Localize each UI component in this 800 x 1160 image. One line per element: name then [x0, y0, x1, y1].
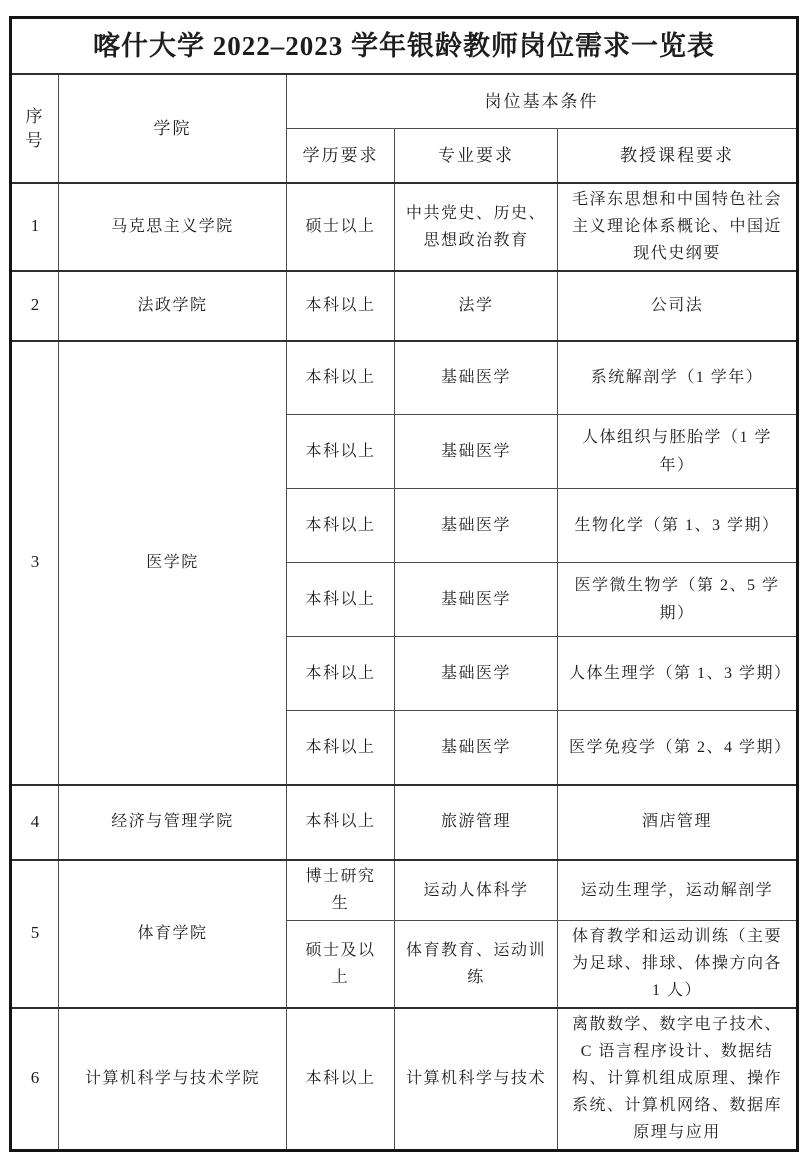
column-header-major: 专业要求 [395, 129, 558, 184]
major-cell: 旅游管理 [395, 785, 558, 860]
major-cell: 基础医学 [395, 489, 558, 563]
column-header-courses: 教授课程要求 [558, 129, 798, 184]
row-number-cell: 5 [11, 860, 59, 1008]
major-cell: 运动人体科学 [395, 860, 558, 921]
table-row: 3医学院本科以上基础医学系统解剖学（1 学年） [11, 341, 798, 415]
courses-cell: 医学免疫学（第 2、4 学期） [558, 711, 798, 785]
major-cell: 基础医学 [395, 341, 558, 415]
row-number-cell: 3 [11, 341, 59, 785]
column-header-college: 学院 [59, 74, 287, 183]
college-cell: 计算机科学与技术学院 [59, 1008, 287, 1150]
courses-cell: 系统解剖学（1 学年） [558, 341, 798, 415]
major-cell: 基础医学 [395, 637, 558, 711]
degree-cell: 本科以上 [287, 271, 395, 341]
table-row: 6计算机科学与技术学院本科以上计算机科学与技术离散数学、数字电子技术、C 语言程… [11, 1008, 798, 1150]
row-number-cell: 1 [11, 183, 59, 271]
major-cell: 体育教育、运动训练 [395, 921, 558, 1008]
degree-cell: 本科以上 [287, 563, 395, 637]
major-cell: 基础医学 [395, 415, 558, 489]
courses-cell: 生物化学（第 1、3 学期） [558, 489, 798, 563]
degree-cell: 本科以上 [287, 1008, 395, 1150]
position-requirements-table: 喀什大学 2022–2023 学年银龄教师岗位需求一览表 序号 学院 岗位基本条… [9, 16, 799, 1152]
degree-cell: 本科以上 [287, 711, 395, 785]
college-cell: 医学院 [59, 341, 287, 785]
table-row: 5体育学院博士研究生运动人体科学运动生理学，运动解剖学 [11, 860, 798, 921]
courses-cell: 运动生理学，运动解剖学 [558, 860, 798, 921]
courses-cell: 酒店管理 [558, 785, 798, 860]
courses-cell: 离散数学、数字电子技术、C 语言程序设计、数据结构、计算机组成原理、操作系统、计… [558, 1008, 798, 1150]
degree-cell: 博士研究生 [287, 860, 395, 921]
table-row: 2法政学院本科以上法学公司法 [11, 271, 798, 341]
table-row: 1马克思主义学院硕士以上中共党史、历史、思想政治教育毛泽东思想和中国特色社会主义… [11, 183, 798, 271]
college-cell: 法政学院 [59, 271, 287, 341]
courses-cell: 医学微生物学（第 2、5 学期） [558, 563, 798, 637]
college-cell: 经济与管理学院 [59, 785, 287, 860]
document-page: 喀什大学 2022–2023 学年银龄教师岗位需求一览表 序号 学院 岗位基本条… [9, 16, 799, 1152]
major-cell: 基础医学 [395, 563, 558, 637]
degree-cell: 本科以上 [287, 489, 395, 563]
courses-cell: 毛泽东思想和中国特色社会主义理论体系概论、中国近现代史纲要 [558, 183, 798, 271]
row-number-cell: 2 [11, 271, 59, 341]
column-header-no: 序号 [11, 74, 59, 183]
major-cell: 计算机科学与技术 [395, 1008, 558, 1150]
table-row: 4经济与管理学院本科以上旅游管理酒店管理 [11, 785, 798, 860]
courses-cell: 人体生理学（第 1、3 学期） [558, 637, 798, 711]
major-cell: 基础医学 [395, 711, 558, 785]
courses-cell: 公司法 [558, 271, 798, 341]
degree-cell: 本科以上 [287, 785, 395, 860]
column-header-degree: 学历要求 [287, 129, 395, 184]
major-cell: 法学 [395, 271, 558, 341]
courses-cell: 人体组织与胚胎学（1 学年） [558, 415, 798, 489]
degree-cell: 本科以上 [287, 415, 395, 489]
college-cell: 体育学院 [59, 860, 287, 1008]
courses-cell: 体育教学和运动训练（主要为足球、排球、体操方向各 1 人） [558, 921, 798, 1008]
degree-cell: 本科以上 [287, 341, 395, 415]
column-header-conditions: 岗位基本条件 [287, 74, 798, 129]
degree-cell: 硕士以上 [287, 183, 395, 271]
college-cell: 马克思主义学院 [59, 183, 287, 271]
degree-cell: 硕士及以上 [287, 921, 395, 1008]
major-cell: 中共党史、历史、思想政治教育 [395, 183, 558, 271]
row-number-cell: 4 [11, 785, 59, 860]
degree-cell: 本科以上 [287, 637, 395, 711]
table-title: 喀什大学 2022–2023 学年银龄教师岗位需求一览表 [11, 18, 798, 75]
row-number-cell: 6 [11, 1008, 59, 1150]
